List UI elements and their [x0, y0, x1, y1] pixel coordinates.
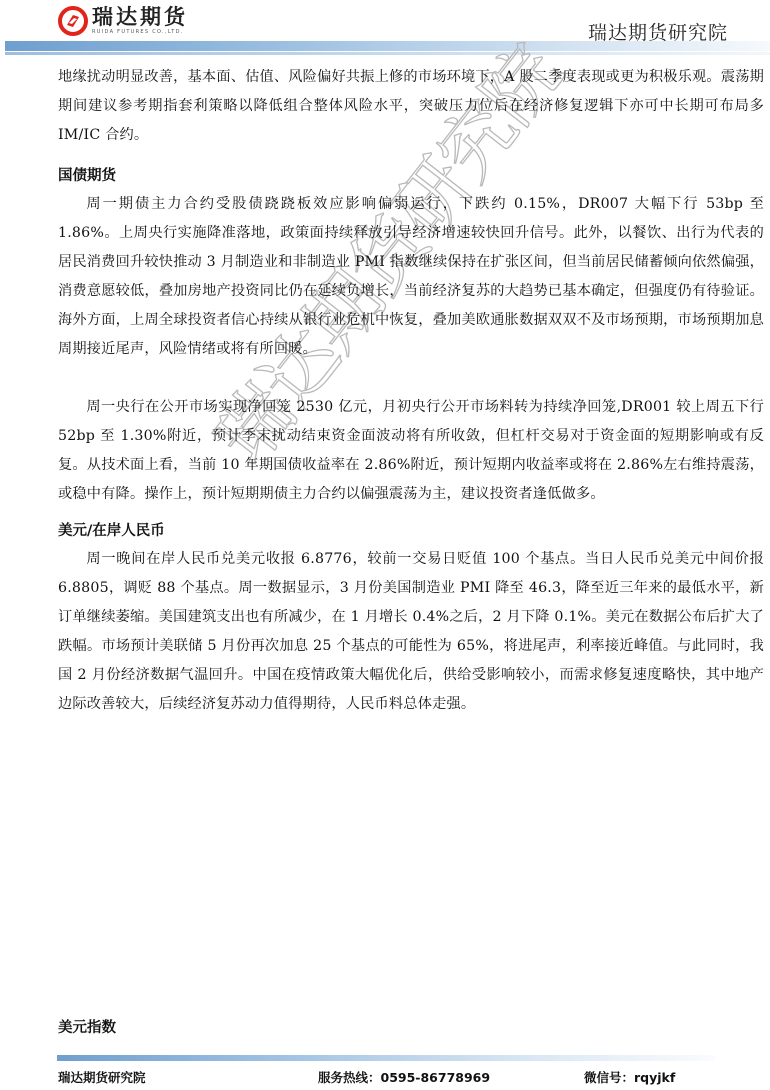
report-body: 地缘扰动明显改善，基本面、估值、风险偏好共振上修的市场环境下，A 股二季度表现或… — [58, 63, 764, 719]
company-logo: 瑞达期货 RUIDA FUTURES CO.,LTD. — [58, 5, 188, 37]
bond-paragraph-2: 周一央行在公开市场实现净回笼 2530 亿元，月初央行公开市场料转为持续净回笼,… — [58, 393, 764, 509]
usdcny-paragraph-1: 周一晚间在岸人民币兑美元收报 6.8776，较前一交易日贬值 100 个基点。当… — [58, 545, 764, 719]
section-title-usd-cny: 美元/在岸人民币 — [58, 517, 764, 545]
section-title-usd-index: 美元指数 — [58, 1016, 116, 1037]
footer-hotline: 服务热线：0595-86778969 — [318, 1068, 490, 1086]
header-divider-line — [5, 52, 770, 55]
logo-text-en: RUIDA FUTURES CO.,LTD. — [92, 29, 188, 36]
intro-paragraph: 地缘扰动明显改善，基本面、估值、风险偏好共振上修的市场环境下，A 股二季度表现或… — [58, 63, 764, 150]
bond-paragraph-1: 周一期债主力合约受股债跷跷板效应影响偏弱运行，下跌约 0.15%，DR007 大… — [58, 190, 764, 364]
footer-org: 瑞达期货研究院 — [58, 1068, 146, 1086]
ruida-logo-icon — [58, 6, 88, 36]
header-divider-bar — [5, 41, 770, 51]
page-header: 瑞达期货 RUIDA FUTURES CO.,LTD. 瑞达期货研究院 — [0, 0, 770, 60]
section-title-bond-futures: 国债期货 — [58, 162, 764, 190]
logo-text-cn: 瑞达期货 — [92, 6, 188, 28]
footer-divider-bar — [57, 1055, 715, 1061]
footer-wechat: 微信号：rqyjkf — [584, 1068, 675, 1086]
